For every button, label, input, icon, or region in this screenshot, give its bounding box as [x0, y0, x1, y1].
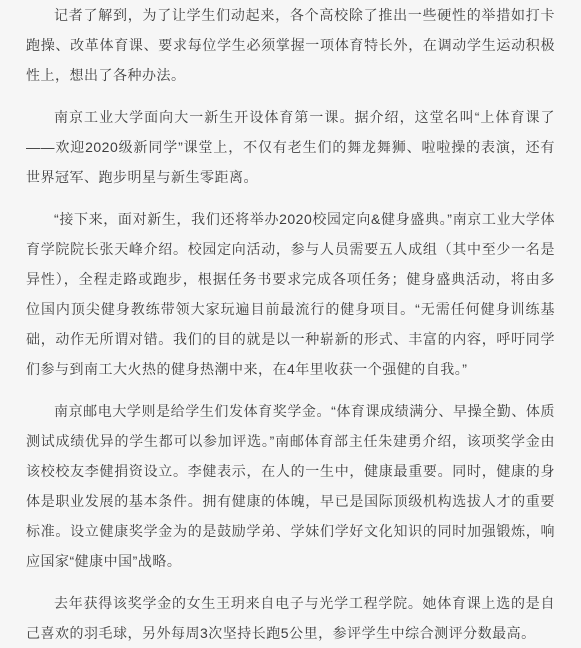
article-paragraph-1: 记者了解到，为了让学生们动起来，各个高校除了推出一些硬性的举措如打卡跑操、改革体… — [26, 0, 555, 90]
article-paragraph-4: 南京邮电大学则是给学生们发体育奖学金。“体育课成绩满分、早操全勤、体质测试成绩优… — [26, 396, 555, 576]
article-paragraph-3: “接下来，面对新生，我们还将举办2020校园定向&健身盛典。”南京工业大学体育学… — [26, 204, 555, 384]
article-paragraph-5: 去年获得该奖学金的女生王玥来自电子与光学工程学院。她体育课上选的是自己喜欢的羽毛… — [26, 588, 555, 648]
article-paragraph-2: 南京工业大学面向大一新生开设体育第一课。据介绍，这堂名叫“上体育课了——欢迎20… — [26, 102, 555, 192]
article-body: 记者了解到，为了让学生们动起来，各个高校除了推出一些硬性的举措如打卡跑操、改革体… — [0, 0, 581, 648]
